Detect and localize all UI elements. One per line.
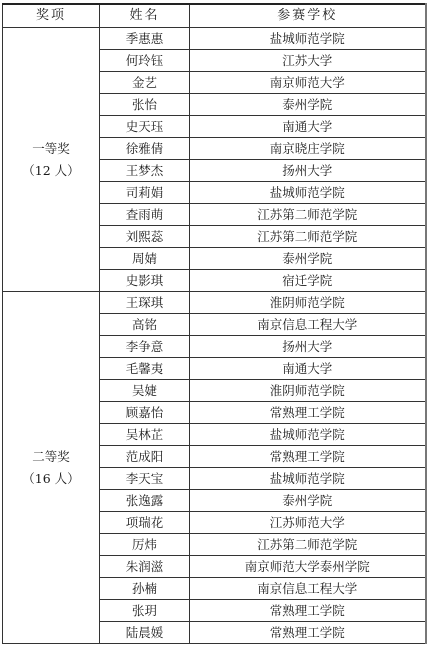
award-level: 二等奖 — [3, 446, 99, 468]
award-count: （12 人） — [3, 160, 99, 182]
school-cell: 泰州学院 — [190, 248, 426, 270]
header-school: 参赛学校 — [190, 4, 426, 28]
school-cell: 扬州大学 — [190, 160, 426, 182]
award-cell: 二等奖（16 人） — [3, 292, 100, 644]
name-cell: 史影琪 — [100, 270, 190, 292]
name-cell: 张逸露 — [100, 490, 190, 512]
name-cell: 金艺 — [100, 72, 190, 94]
school-cell: 盐城师范学院 — [190, 424, 426, 446]
name-cell: 厉炜 — [100, 534, 190, 556]
school-cell: 泰州学院 — [190, 490, 426, 512]
award-count: （16 人） — [3, 468, 99, 490]
school-cell: 盐城师范学院 — [190, 468, 426, 490]
name-cell: 季惠惠 — [100, 28, 190, 50]
header-award: 奖项 — [3, 4, 100, 28]
name-cell: 何玲钰 — [100, 50, 190, 72]
name-cell: 顾嘉怡 — [100, 402, 190, 424]
name-cell: 史天珏 — [100, 116, 190, 138]
school-cell: 宿迁学院 — [190, 270, 426, 292]
table-body: 一等奖（12 人）季惠惠盐城师范学院何玲钰江苏大学金艺南京师范大学张怡泰州学院史… — [3, 28, 426, 644]
school-cell: 南京师范大学 — [190, 72, 426, 94]
school-cell: 南京晓庄学院 — [190, 138, 426, 160]
school-cell: 盐城师范学院 — [190, 182, 426, 204]
name-cell: 毛馨夷 — [100, 358, 190, 380]
school-cell: 江苏第二师范学院 — [190, 534, 426, 556]
school-cell: 南京信息工程大学 — [190, 314, 426, 336]
name-cell: 张怡 — [100, 94, 190, 116]
name-cell: 张玥 — [100, 600, 190, 622]
school-cell: 南京师范大学泰州学院 — [190, 556, 426, 578]
award-level: 一等奖 — [3, 138, 99, 160]
name-cell: 吴婕 — [100, 380, 190, 402]
header-row: 奖项 姓名 参赛学校 — [3, 4, 426, 28]
school-cell: 淮阴师范学院 — [190, 292, 426, 314]
name-cell: 陆晨媛 — [100, 622, 190, 644]
school-cell: 常熟理工学院 — [190, 622, 426, 644]
name-cell: 徐雅倩 — [100, 138, 190, 160]
school-cell: 南通大学 — [190, 116, 426, 138]
name-cell: 李天宝 — [100, 468, 190, 490]
school-cell: 淮阴师范学院 — [190, 380, 426, 402]
table-row: 二等奖（16 人）王琛琪淮阴师范学院 — [3, 292, 426, 314]
table-row: 一等奖（12 人）季惠惠盐城师范学院 — [3, 28, 426, 50]
name-cell: 孙楠 — [100, 578, 190, 600]
name-cell: 李争意 — [100, 336, 190, 358]
name-cell: 王琛琪 — [100, 292, 190, 314]
school-cell: 常熟理工学院 — [190, 446, 426, 468]
name-cell: 王梦杰 — [100, 160, 190, 182]
name-cell: 刘熙蕊 — [100, 226, 190, 248]
school-cell: 南通大学 — [190, 358, 426, 380]
name-cell: 高铭 — [100, 314, 190, 336]
school-cell: 江苏大学 — [190, 50, 426, 72]
school-cell: 江苏师范大学 — [190, 512, 426, 534]
school-cell: 南京信息工程大学 — [190, 578, 426, 600]
name-cell: 查雨萌 — [100, 204, 190, 226]
name-cell: 项瑞花 — [100, 512, 190, 534]
name-cell: 范成阳 — [100, 446, 190, 468]
school-cell: 盐城师范学院 — [190, 28, 426, 50]
name-cell: 朱润滋 — [100, 556, 190, 578]
header-name: 姓名 — [100, 4, 190, 28]
school-cell: 常熟理工学院 — [190, 402, 426, 424]
name-cell: 司莉娟 — [100, 182, 190, 204]
school-cell: 江苏第二师范学院 — [190, 226, 426, 248]
awards-table: 奖项 姓名 参赛学校 一等奖（12 人）季惠惠盐城师范学院何玲钰江苏大学金艺南京… — [2, 3, 427, 644]
school-cell: 扬州大学 — [190, 336, 426, 358]
school-cell: 江苏第二师范学院 — [190, 204, 426, 226]
school-cell: 泰州学院 — [190, 94, 426, 116]
school-cell: 常熟理工学院 — [190, 600, 426, 622]
award-cell: 一等奖（12 人） — [3, 28, 100, 292]
name-cell: 周婧 — [100, 248, 190, 270]
name-cell: 吴林芷 — [100, 424, 190, 446]
